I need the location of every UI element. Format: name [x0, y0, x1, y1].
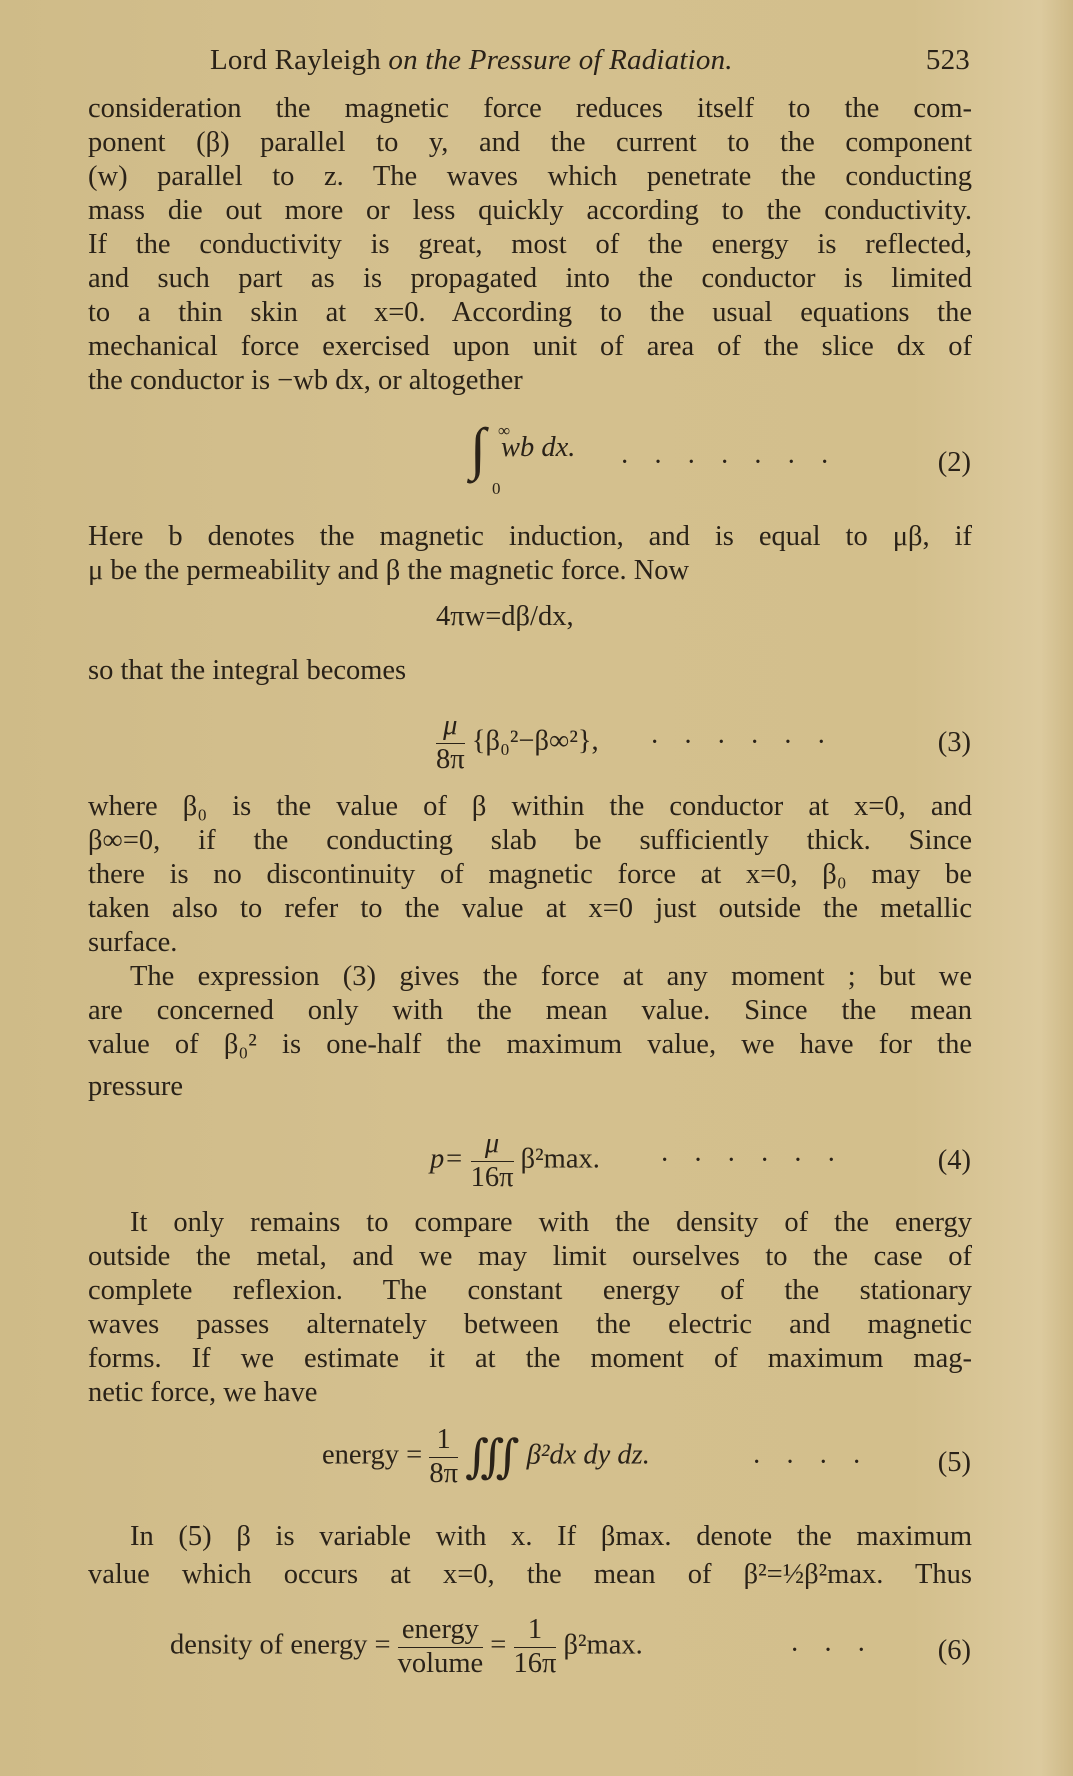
fraction: energy volume — [398, 1616, 484, 1678]
text-line: In (5) β is variable with x. If βmax. de… — [88, 1520, 972, 1554]
text-line: ponent (β) parallel to y, and the curren… — [88, 126, 972, 160]
equation-number: (5) — [938, 1446, 971, 1480]
denominator: 8π — [436, 744, 465, 775]
equation-6: density of energy = energy volume = 1 16… — [170, 1616, 643, 1678]
leader-dots: ······ — [650, 726, 850, 760]
text-line: so that the integral becomes — [88, 654, 972, 688]
text-line: taken also to refer to the value at x=0 … — [88, 892, 972, 926]
text-line: and such part as is propagated into the … — [88, 262, 972, 296]
equation-4: p= μ 16π β²max. — [430, 1130, 600, 1192]
lhs: energy = — [322, 1440, 422, 1471]
equals-sign: = — [490, 1630, 506, 1661]
lower-limit: 0 — [492, 472, 501, 506]
numerator: μ — [471, 1130, 514, 1162]
fraction: 1 16π — [514, 1616, 557, 1678]
equation-number: (3) — [938, 726, 971, 760]
header-title-italic: on the Pressure of Radiation. — [388, 44, 732, 76]
lhs: p= — [430, 1144, 463, 1175]
integrand: β²dx dy dz. — [527, 1440, 650, 1471]
text-line: are concerned only with the mean value. … — [88, 994, 972, 1028]
text-line: value which occurs at x=0, the mean of β… — [88, 1558, 972, 1592]
text-line: surface. — [88, 926, 972, 960]
equation-number: (4) — [938, 1144, 971, 1178]
equation-curl: 4πw=dβ/dx, — [436, 600, 574, 634]
equation-5: energy = 1 8π ∭ β²dx dy dz. — [322, 1426, 650, 1488]
text-line: pressure — [88, 1070, 972, 1104]
text-line: If the conductivity is great, most of th… — [88, 228, 972, 262]
leader-dots: ······· — [620, 446, 853, 480]
expression: β²max. — [521, 1144, 600, 1175]
text-line: mechanical force exercised upon unit of … — [88, 330, 972, 364]
text-line: value of β₀² is one-half the maximum val… — [88, 1028, 972, 1062]
equation-number: (2) — [938, 446, 971, 480]
numerator: energy — [398, 1616, 484, 1648]
denominator: volume — [398, 1648, 484, 1679]
book-page: Lord Rayleigh on the Pressure of Radiati… — [0, 0, 1073, 1776]
text-line: It only remains to compare with the dens… — [88, 1206, 972, 1240]
fraction: μ 16π — [471, 1130, 514, 1192]
fraction: μ 8π — [436, 712, 465, 774]
text-line: μ be the permeability and β the magnetic… — [88, 554, 972, 588]
denominator: 8π — [429, 1458, 458, 1489]
text-line: (w) parallel to z. The waves which penet… — [88, 160, 972, 194]
equation-number: (6) — [938, 1634, 971, 1668]
text-line: β∞=0, if the conducting slab be sufficie… — [88, 824, 972, 858]
integrand: wb dx. — [501, 432, 575, 463]
denominator: 16π — [471, 1162, 514, 1193]
header-author: Lord Rayleigh — [210, 44, 381, 76]
running-title: Lord Rayleigh on the Pressure of Radiati… — [210, 44, 733, 77]
numerator: 1 — [514, 1616, 557, 1648]
leader-dots: ···· — [752, 1446, 885, 1480]
text-line: complete reflexion. The constant energy … — [88, 1274, 972, 1308]
text-line: consideration the magnetic force reduces… — [88, 92, 972, 126]
numerator: 1 — [429, 1426, 458, 1458]
text-line: forms. If we estimate it at the moment o… — [88, 1342, 972, 1376]
leader-dots: ··· — [790, 1634, 890, 1668]
integral-sign: ∫ — [470, 416, 486, 481]
numerator: μ — [436, 712, 465, 744]
text-line: mass die out more or less quickly accord… — [88, 194, 972, 228]
text-line: there is no discontinuity of magnetic fo… — [88, 858, 972, 892]
page-number: 523 — [926, 44, 970, 77]
upper-limit: ∞ — [498, 414, 510, 448]
text-line: The expression (3) gives the force at an… — [88, 960, 972, 994]
text-line: the conductor is −wb dx, or altogether — [88, 364, 972, 398]
fraction: 1 8π — [429, 1426, 458, 1488]
triple-integral-sign: ∭ — [465, 1431, 519, 1482]
leader-dots: ······ — [660, 1144, 860, 1178]
text-line: outside the metal, and we may limit ours… — [88, 1240, 972, 1274]
expression: β²max. — [564, 1630, 643, 1661]
text-line: where β₀ is the value of β within the co… — [88, 790, 972, 824]
lhs: density of energy = — [170, 1630, 391, 1661]
text-line: to a thin skin at x=0. According to the … — [88, 296, 972, 330]
expression: {β₀²−β∞²}, — [472, 726, 599, 757]
text-line: Here b denotes the magnetic induction, a… — [88, 520, 972, 554]
equation-3: μ 8π {β₀²−β∞²}, — [436, 712, 599, 774]
denominator: 16π — [514, 1648, 557, 1679]
equation-2: ∫ ∞ 0 wb dx. — [470, 420, 575, 478]
text-line: netic force, we have — [88, 1376, 972, 1410]
text-line: waves passes alternately between the ele… — [88, 1308, 972, 1342]
